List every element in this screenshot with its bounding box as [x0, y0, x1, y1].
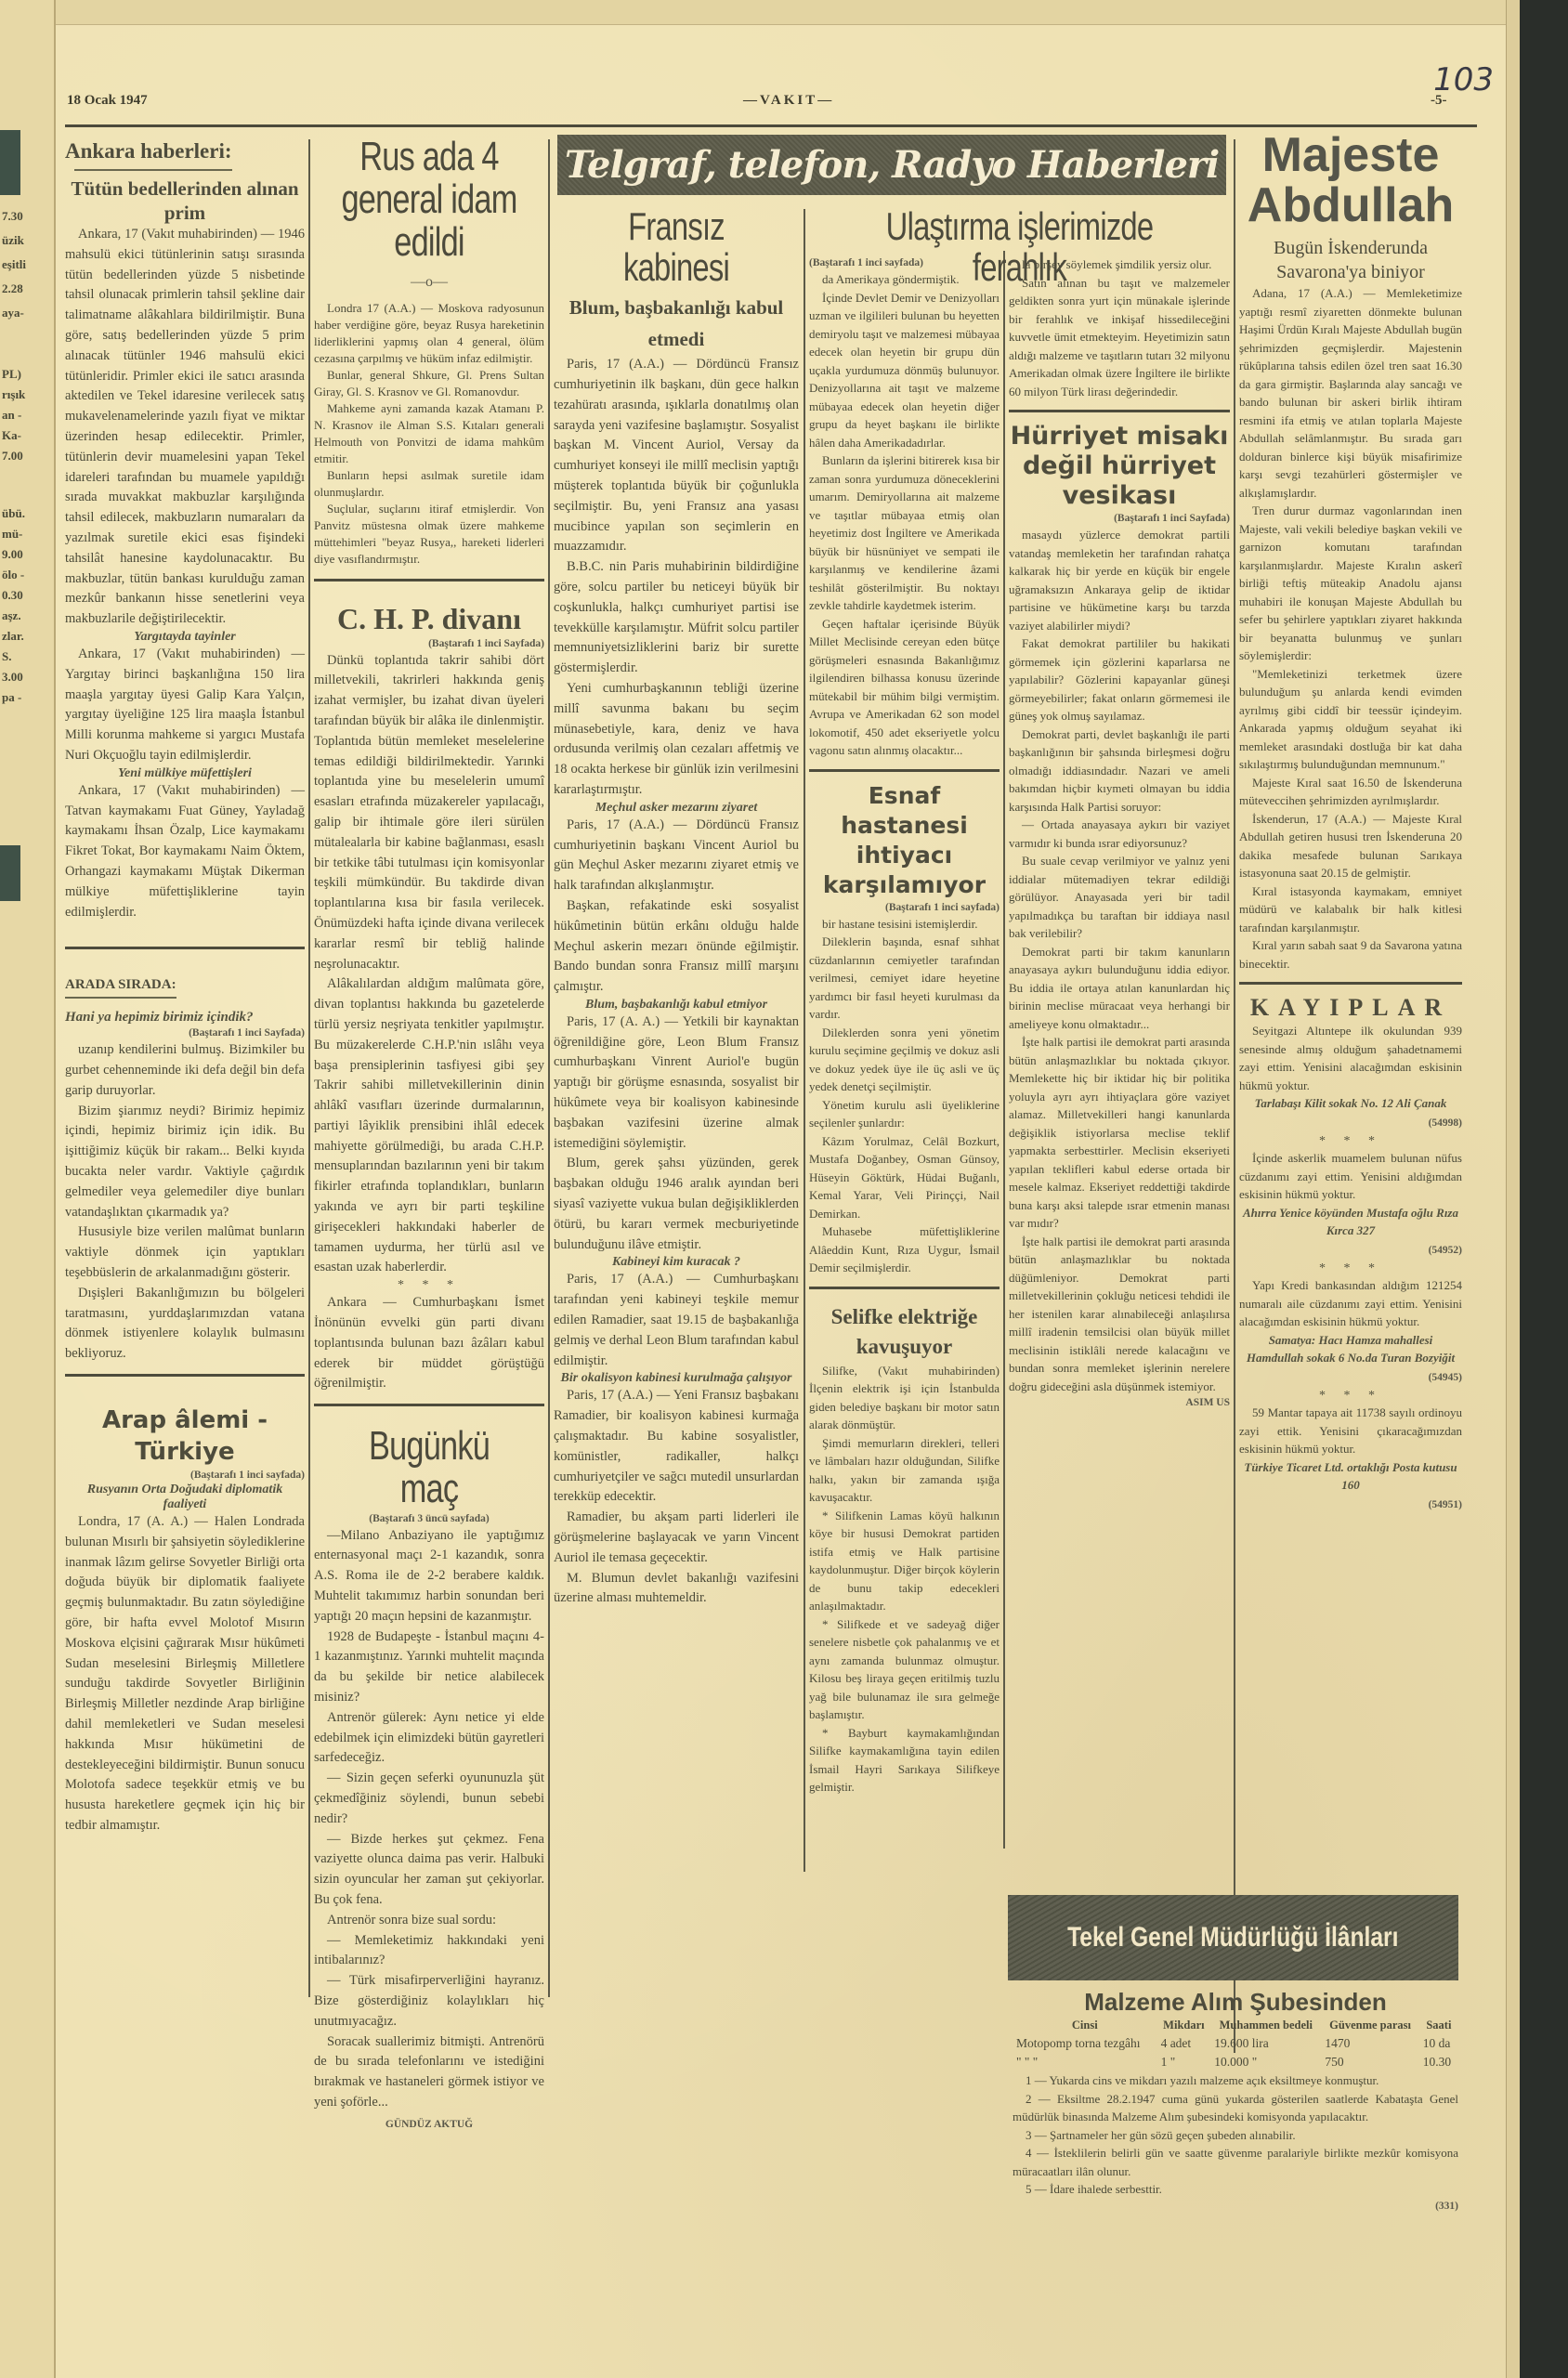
paragraph: Yeni cumhurbaşkanının tebliği üzerine mi… — [554, 679, 799, 801]
paragraph: Paris, 17 (A.A.) — Yeni Fransız başbakan… — [554, 1386, 799, 1508]
paragraph: 1928 de Budapeşte - İstanbul maçını 4-1 … — [314, 1627, 544, 1708]
paragraph: la birşey söylemek şimdilik yersiz olur. — [1009, 255, 1230, 274]
header-rule — [65, 124, 1477, 127]
article-body: Paris, 17 (A.A.) — Dördüncü Fransız cumh… — [554, 355, 799, 801]
paragraph: Kâzım Yorulmaz, Celâl Bozkurt, Mustafa D… — [809, 1132, 1000, 1223]
paragraph: Antrenör sonra bize sual sordu: — [314, 1911, 544, 1931]
paragraph: Kıral yarın sabah saat 9 da Savarona yat… — [1239, 936, 1462, 973]
paragraph: Satın alınan bu taşıt ve malzemeler geld… — [1009, 274, 1230, 401]
separator-stars: * * * — [1239, 1134, 1462, 1149]
paragraph: bir hastane tesisini istemişlerdir. — [809, 915, 1000, 934]
article-headline: Hürriyet misakı değil hürriyet vesikası — [1009, 422, 1230, 511]
previous-page-edge — [56, 0, 1523, 25]
issue-date: 18 Ocak 1947 — [67, 93, 148, 109]
right-page-edge — [1506, 0, 1520, 2378]
paragraph: B.B.C. nin Paris muhabirinin bildirdiğin… — [554, 557, 799, 679]
lost-notice: İçinde askerlik muamelem bulunan nüfus c… — [1239, 1149, 1462, 1260]
paragraph: masaydı yüzlerce demokrat partili vatand… — [1009, 526, 1230, 634]
subheading: Kabineyi kim kuracak ? — [554, 1255, 799, 1270]
column-rule — [308, 139, 310, 1997]
continued-note: (Baştarafı 1 inci Sayfada) — [314, 638, 544, 649]
paragraph: Bunların da işlerini bitirerek kısa bir … — [809, 451, 1000, 615]
paragraph: 2 — Eksiltme 28.2.1947 cuma günü yukarda… — [1013, 2090, 1458, 2126]
handwritten-page-number: 103 — [1433, 61, 1494, 98]
article-body: Ankara, 17 (Vakıt muhabirinden) — 1946 m… — [65, 225, 305, 630]
paragraph: M. Blumun devlet bakanlığı vazifesini üz… — [554, 1569, 799, 1610]
paragraph: Paris, 17 (A. A.) — Yetkili bir kaynakta… — [554, 1013, 799, 1155]
paragraph: "Memleketinizi terketmek üzere bulunduğu… — [1239, 665, 1462, 774]
lost-notice: 59 Mantar tapaya ait 11738 sayılı ordino… — [1239, 1404, 1462, 1514]
paragraph: Muhasebe müfettişliklerine Alâeddin Kunt… — [809, 1222, 1000, 1277]
binding-shadow — [1520, 0, 1568, 2378]
paragraph: Adana, 17 (A.A.) — Memleketimize yaptığı… — [1239, 284, 1462, 502]
paragraph: Şimdi memurların direkleri, telleri ve l… — [809, 1434, 1000, 1507]
tekel-ad: Malzeme Alım Şubesinden CinsiMikdarıMuha… — [1013, 1988, 1458, 2214]
table-row: " " "1 "10.000 "75010.30 — [1013, 2053, 1458, 2071]
subheading: Rusyanın Orta Doğudaki diplomatik faaliy… — [65, 1483, 305, 1512]
paragraph: Antrenör gülerek: Aynı netice yi elde ed… — [314, 1708, 544, 1769]
column-rule — [1234, 139, 1235, 2053]
column-hurriyet: la birşey söylemek şimdilik yersiz olur.… — [1009, 255, 1230, 1410]
paragraph: — Memleketimiz hakkındaki yeni intibalar… — [314, 1931, 544, 1972]
banner-text: Tekel Genel Müdürlüğü İlânları — [1067, 1922, 1398, 1953]
section-title: Ankara haberleri: — [65, 139, 305, 163]
article-body: Silifke, (Vakıt muhabirinden) İlçenin el… — [809, 1362, 1000, 1797]
paragraph: uzanıp kendilerini bulmuş. Bizimkiler bu… — [65, 1040, 305, 1101]
paragraph: Blum, gerek şahsı yüzünden, gerek başbak… — [554, 1154, 799, 1255]
table-header: Güvenme parası — [1321, 2017, 1418, 2034]
ad-items: 1 — Yukarda cins ve mikdarı yazılı malze… — [1013, 2071, 1458, 2199]
paragraph: Suçlular, suçlarını itiraf etmişlerdir. … — [314, 501, 544, 568]
separator-stars: * * * — [314, 1278, 544, 1293]
byline: GÜNDÜZ AKTUĞ — [314, 2119, 544, 2130]
paragraph: Ankara, 17 (Vakıt muhabirinden) — 1946 m… — [65, 225, 305, 630]
paragraph: Mahkeme ayni zamanda kazak Atamanı P. N.… — [314, 400, 544, 467]
lost-notices: Seyitgazi Altıntepe ilk okulundan 939 se… — [1239, 1022, 1462, 1514]
separator-stars: * * * — [1239, 1261, 1462, 1276]
section-title: ARADA SIRADA: — [65, 977, 305, 993]
paragraph: Paris, 17 (A.A.) — Dördüncü Fransız cumh… — [554, 816, 799, 896]
paragraph: Kıral istasyonda kaymakam, emniyet müdür… — [1239, 882, 1462, 937]
paragraph: 4 — İsteklilerin belirli gün ve saatte g… — [1013, 2144, 1458, 2180]
paragraph: Dışişleri Bakanlığımızın bu bölgeleri ta… — [65, 1284, 305, 1365]
paragraph: Ankara — Cumhurbaşkanı İsmet İnönünün ev… — [314, 1293, 544, 1394]
paragraph: Soracak suallerimiz bitmişti. Antrenörü … — [314, 2032, 544, 2113]
column-rule — [548, 139, 550, 1997]
paragraph: Bunların hepsi asılmak suretile idam olu… — [314, 467, 544, 501]
article-headline: Hani ya hepimiz birimiz içindik? — [65, 1010, 305, 1026]
article-headline: Esnaf hastanesi ihtiyacı karşılamıyor — [809, 781, 1000, 900]
paragraph: Paris, 17 (A.A.) — Cumhurbaşkanı tarafın… — [554, 1270, 799, 1371]
column-ankara: Ankara haberleri: Tütün bedellerinden al… — [65, 130, 305, 1836]
article-headline: Bugünkü maç — [339, 1425, 518, 1510]
paragraph: Londra 17 (A.A.) — Moskova radyosunun ha… — [314, 300, 544, 367]
subheading: Blum, başbakanlığı kabul etmiyor — [554, 998, 799, 1013]
paragraph: Bu suale cevap verilmiyor ve yalnız yeni… — [1009, 852, 1230, 943]
telgraf-banner: Telgraf, telefon, Radyo Haberleri — [557, 135, 1226, 195]
paragraph: Majeste Kıral saat 16.50 de İskenderuna … — [1239, 774, 1462, 810]
continued-note: (Baştarafı 1 inci Sayfada) — [1009, 513, 1230, 524]
article-body: Dünkü toplantıda takrir sahibi dört mill… — [314, 651, 544, 1279]
paragraph: — Bizde herkes şut çekmez. Fena vaziyett… — [314, 1830, 544, 1911]
column-rule — [804, 209, 805, 1872]
paragraph: İşte halk partisi ile demokrat parti ara… — [1009, 1233, 1230, 1396]
table-header: Saati — [1419, 2017, 1458, 2034]
paragraph: Dileklerin başında, esnaf sıhhat cüzdanl… — [809, 933, 1000, 1024]
article-body: la birşey söylemek şimdilik yersiz olur.… — [1009, 255, 1230, 400]
paragraph: Londra, 17 (A. A.) — Halen Londrada bulu… — [65, 1512, 305, 1836]
paragraph: —Milano Anbaziyano ile yaptığımız entern… — [314, 1526, 544, 1627]
paragraph: Bunlar, general Shkure, Gl. Prens Sultan… — [314, 367, 544, 400]
paragraph: Geçen haftalar içerisinde Büyük Millet M… — [809, 615, 1000, 760]
ad-subtitle: Malzeme Alım Şubesinden — [1013, 1988, 1458, 2017]
table-header: Cinsi — [1013, 2017, 1157, 2034]
paper-name: —VAKIT— — [743, 93, 834, 109]
paragraph: Paris, 17 (A.A.) — Dördüncü Fransız cumh… — [554, 355, 799, 557]
column-rus-chp: Rus ada 4 general idam edildi —o— Londra… — [314, 130, 544, 2132]
article-body: Adana, 17 (A.A.) — Memleketimize yaptığı… — [1239, 284, 1462, 973]
paragraph: Ankara, 17 (Vakıt muhabirinden) — Tatvan… — [65, 781, 305, 923]
column-rule — [1003, 251, 1005, 1849]
column-majeste: Majeste Abdullah Bugün İskenderunda Sava… — [1239, 130, 1462, 1516]
dark-tab — [0, 845, 20, 901]
paragraph: Demokrat parti bir takım kanunların anay… — [1009, 943, 1230, 1034]
paragraph: Dünkü toplantıda takrir sahibi dört mill… — [314, 651, 544, 975]
article-headline: Rus ada 4 general idam edildi — [339, 130, 518, 265]
paragraph: 5 — İdare ihalede serbesttir. — [1013, 2180, 1458, 2199]
article-body: bir hastane tesisini istemişlerdir.Dilek… — [809, 915, 1000, 1277]
paragraph: — Ortada anayasaya aykırı bir vaziyet va… — [1009, 816, 1230, 852]
paragraph: — Sizin geçen seferki oyununuzla şüt çek… — [314, 1769, 544, 1829]
paragraph: 1 — Yukarda cins ve mikdarı yazılı malze… — [1013, 2071, 1458, 2090]
ad-code: (331) — [1013, 2201, 1458, 2212]
paragraph: Alâkalılardan aldığım malûmata göre, div… — [314, 974, 544, 1278]
paragraph: Fakat demokrat partililer bu hakikati gö… — [1009, 634, 1230, 725]
byline: ASIM US — [1009, 1397, 1230, 1408]
paragraph: — Türk misafirperverliğini hayranız. Biz… — [314, 1971, 544, 2032]
continued-note: (Baştarafı 1 inci sayfada) — [809, 257, 1000, 268]
paragraph: Silifke, (Vakıt muhabirinden) İlçenin el… — [809, 1362, 1000, 1434]
article-body: masaydı yüzlerce demokrat partili vatand… — [1009, 526, 1230, 1395]
paragraph: Tren durur durmaz vagonlarından inen Maj… — [1239, 502, 1462, 665]
paragraph: 3 — Şartnameler her gün sözü geçen şubed… — [1013, 2126, 1458, 2145]
continued-note: (Baştarafı 1 inci Sayfada) — [65, 1027, 305, 1039]
table-header: Muhammen bedeli — [1210, 2017, 1321, 2034]
table-row: Motopomp torna tezgâhı4 adet19.600 lira1… — [1013, 2034, 1458, 2053]
article-headline: Selifke elektriğe kavuşuyor — [809, 1302, 1000, 1362]
paragraph: İçinde Devlet Demir ve Denizyolları uzma… — [809, 289, 1000, 452]
paragraph: * Silifkede et ve sadeyağ diğer senelere… — [809, 1615, 1000, 1724]
article-headline: C. H. P. divanı — [314, 602, 544, 636]
paragraph: da Amerikaya göndermiştik. — [809, 270, 1000, 289]
article-headline: Fransız kabinesi — [581, 206, 772, 288]
lost-notice: Yapı Kredi bankasından aldığım 121254 nu… — [1239, 1276, 1462, 1387]
paragraph: Demokrat parti, devlet başkanlığı ile pa… — [1009, 725, 1230, 817]
section-title: KAYIPLAR — [1239, 994, 1462, 1022]
paragraph: Yönetim kurulu asli üyeliklerine seçilen… — [809, 1096, 1000, 1132]
paragraph: Hususiyle bize verilen malûmat bunların … — [65, 1222, 305, 1283]
paragraph: Dileklerden sonra yeni yönetim kurulu se… — [809, 1024, 1000, 1096]
separator-stars: * * * — [1239, 1389, 1462, 1404]
column-fransiz: Fransız kabinesi Blum, başbakanlığı kabu… — [554, 206, 799, 1609]
banner-text: Telgraf, telefon, Radyo Haberleri — [565, 143, 1219, 187]
paragraph: Başkan, refakatinde eski sosyalist hükûm… — [554, 896, 799, 998]
article-body: Londra 17 (A.A.) — Moskova radyosunun ha… — [314, 300, 544, 568]
subheading: Yargıtayda tayinler — [65, 630, 305, 645]
continued-note: (Baştarafı 3 üncü sayfada) — [314, 1513, 544, 1524]
tender-table: CinsiMikdarıMuhammen bedeliGüvenme paras… — [1013, 2017, 1458, 2071]
paragraph: * Bayburt kaymakamlığından Silifke kayma… — [809, 1724, 1000, 1797]
paragraph: * Silifkenin Lamas köyü halkının köye bi… — [809, 1507, 1000, 1615]
subheading: Meçhul asker mezarını ziyaret — [554, 801, 799, 816]
left-page-strip: 7.30üzikeşitli2.28aya-PL)rışıkan -Ka-7.0… — [0, 0, 56, 2378]
article-subhead: Blum, başbakanlığı kabul etmedi — [554, 292, 799, 355]
lost-notice: Seyitgazi Altıntepe ilk okulundan 939 se… — [1239, 1022, 1462, 1132]
continued-note: (Baştarafı 1 inci sayfada) — [809, 902, 1000, 913]
tekel-banner: Tekel Genel Müdürlüğü İlânları — [1008, 1895, 1458, 1980]
article-body: uzanıp kendilerini bulmuş. Bizimkiler bu… — [65, 1040, 305, 1365]
column-ulastirma: (Baştarafı 1 inci sayfada) da Amerikaya … — [809, 255, 1000, 1797]
article-body: da Amerikaya göndermiştik.İçinde Devlet … — [809, 270, 1000, 760]
article-body: —Milano Anbaziyano ile yaptığımız entern… — [314, 1526, 544, 2113]
article-headline: Tütün bedellerinden alınan prim — [65, 176, 305, 225]
article-body: Londra, 17 (A. A.) — Halen Londrada bulu… — [65, 1512, 305, 1836]
paragraph: Ramadier, bu akşam parti liderleri ile g… — [554, 1508, 799, 1568]
subheading: Bir okalisyon kabinesi kurulmağa çalışıy… — [554, 1371, 799, 1386]
paragraph: Bizim şiarımız neydi? Birimiz hepimiz iç… — [65, 1102, 305, 1223]
article-headline: Majeste Abdullah — [1239, 130, 1462, 230]
dark-tab — [0, 130, 20, 195]
continued-note: (Baştarafı 1 inci sayfada) — [65, 1470, 305, 1481]
table-header: Mikdarı — [1157, 2017, 1211, 2034]
paragraph: Ankara, 17 (Vakıt muhabirinden) — Yargıt… — [65, 645, 305, 766]
subheading: Yeni mülkiye müfettişleri — [65, 766, 305, 781]
paragraph: İskenderun, 17 (A.A.) — Majeste Kıral Ab… — [1239, 810, 1462, 882]
article-headline: Arap âlemi - Türkiye — [65, 1386, 305, 1468]
article-subhead: Bugün İskenderunda Savarona'ya biniyor — [1239, 236, 1462, 284]
paragraph: İşte halk partisi ile demokrat parti ara… — [1009, 1033, 1230, 1233]
